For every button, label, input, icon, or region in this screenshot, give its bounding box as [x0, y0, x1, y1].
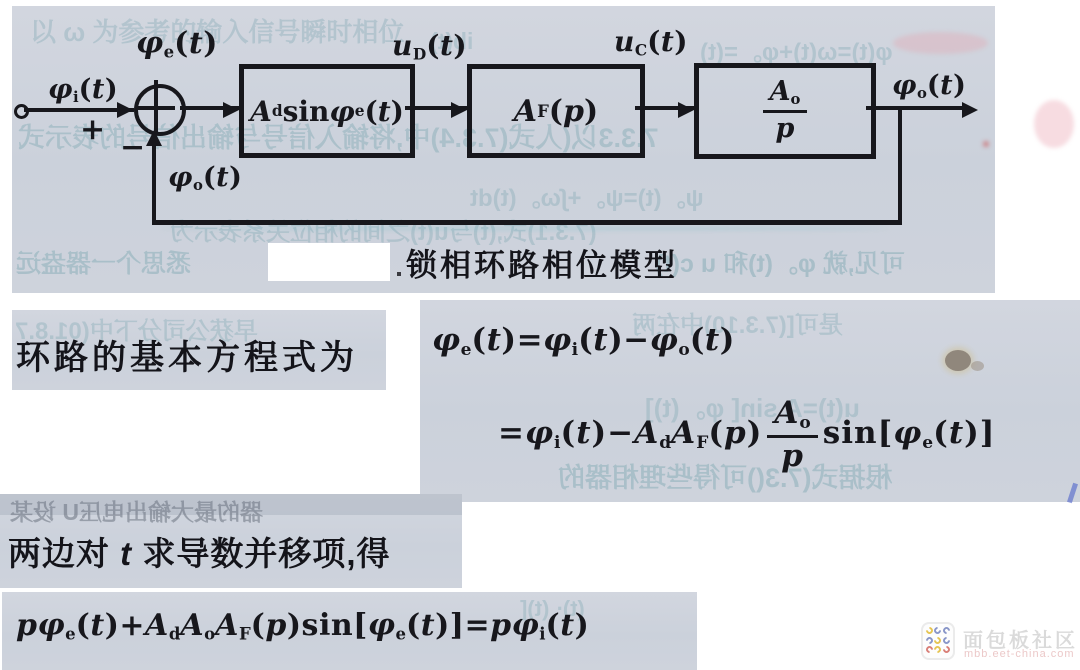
- derive-text: 两边对 t 求导数并移项,得: [8, 528, 391, 575]
- arrowhead-icon: [117, 102, 133, 118]
- summing-junction: [134, 84, 186, 136]
- label-phi-o-output: φo(t): [892, 70, 966, 102]
- bleedthrough-band: [0, 494, 462, 515]
- paper-stain: [971, 361, 984, 371]
- intro-text: 环路的基本方程式为: [16, 330, 358, 379]
- watermark-arc-icon: [941, 635, 951, 645]
- plus-sign: +: [80, 112, 106, 147]
- scanned-textbook-page: 以 ω 为参考的输入信号瞬时相位ib(t)φ(t)=ω(t)+φ。=(t)7.3…: [0, 0, 1080, 670]
- watermark-url: mbb.eet-china.com: [964, 648, 1075, 660]
- block-phase-detector: Adsinφe(t): [239, 64, 415, 158]
- equation-3: pφe(t)+AdAoAF(p)sin[φe(t)]=pφi(t): [16, 608, 589, 644]
- feedback-line: [152, 220, 902, 225]
- equation-2: =φi(t)−AdAF(p)Aopsin[φe(t)]: [498, 397, 995, 472]
- connector-line: [866, 106, 962, 110]
- caption-dot: [397, 272, 401, 276]
- label-u-c: uC(t): [614, 25, 688, 59]
- equation-1: φe(t)=φi(t)−φo(t): [432, 322, 735, 360]
- minus-sign: −: [120, 130, 146, 165]
- watermark-arc-icon: [933, 626, 943, 636]
- watermark-arc-icon: [941, 645, 951, 655]
- watermark-logo: [921, 622, 955, 660]
- figure-caption: 锁相环路相位模型: [406, 240, 678, 285]
- arrowhead-icon: [678, 102, 694, 118]
- arrowhead-icon: [962, 102, 978, 118]
- label-u-d: uD(t): [392, 29, 467, 63]
- feedback-branch-line: [898, 108, 902, 222]
- arrowhead-icon: [146, 130, 162, 146]
- block-vco: Aop: [694, 63, 876, 159]
- figure-number-blank-box: [268, 243, 390, 281]
- paper-stain: [945, 350, 971, 371]
- arrowhead-icon: [451, 102, 467, 118]
- arrowhead-icon: [223, 102, 239, 118]
- label-phi-o-feedback: φo(t): [168, 162, 242, 194]
- watermark-arc-icon: [941, 626, 951, 636]
- feedback-line: [152, 142, 156, 222]
- block-loop-filter: AF(p): [467, 64, 645, 158]
- summing-cross-horizontal: [137, 106, 175, 110]
- label-phi-i: φi(t): [48, 74, 118, 106]
- scan-color-blob: [1034, 100, 1074, 148]
- watermark-arc-icon: [933, 645, 943, 655]
- watermark-arc-icon: [933, 635, 943, 645]
- label-phi-e: φe(t): [136, 26, 218, 62]
